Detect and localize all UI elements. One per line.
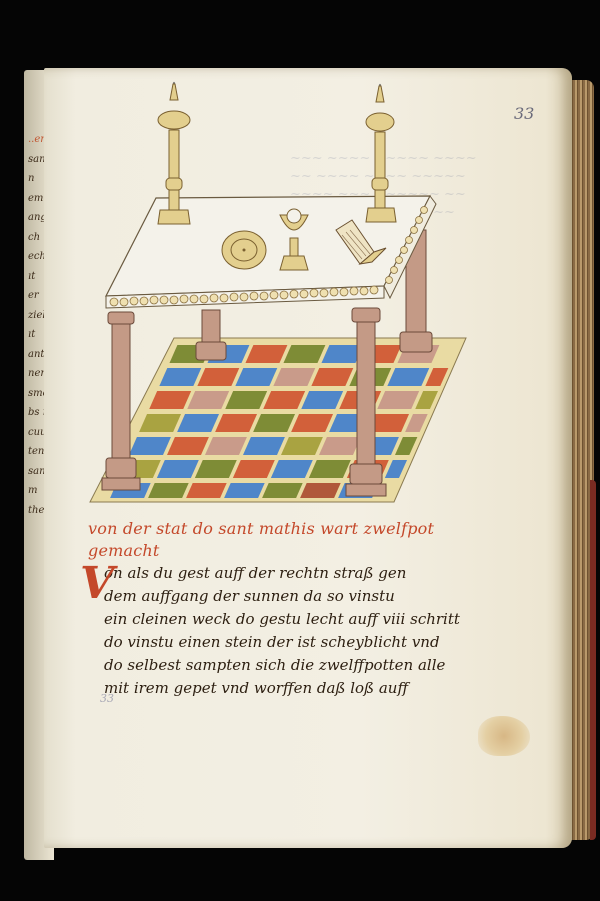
text-line: on als du gest auff der rechtn straß gen [88, 562, 488, 585]
text-line: dem auffgang der sunnen da so vinstu [88, 585, 488, 608]
binding-edge [590, 480, 596, 840]
rubric-line: von der stat do sant mathis wart zwelfpo… [88, 518, 488, 540]
tiled-floor [84, 338, 476, 502]
rubric-line: gemacht [88, 540, 488, 562]
text-line: ein cleinen weck do gestu lecht auff vii… [88, 608, 488, 631]
folio-number: 33 [514, 104, 534, 123]
folio-number-bottom: 33 [100, 692, 114, 705]
paten [222, 231, 266, 269]
decorated-initial: V [80, 562, 114, 606]
water-stain [478, 716, 530, 756]
manuscript-text: von der stat do sant mathis wart zwelfpo… [88, 518, 488, 700]
text-line: do vinstu einen stein der ist scheyblich… [88, 631, 488, 654]
altar-illustration [84, 80, 476, 512]
text-line: mit irem gepet vnd worffen daß loß auff [88, 677, 488, 700]
text-line: do selbest sampten sich die zwelffpotten… [88, 654, 488, 677]
